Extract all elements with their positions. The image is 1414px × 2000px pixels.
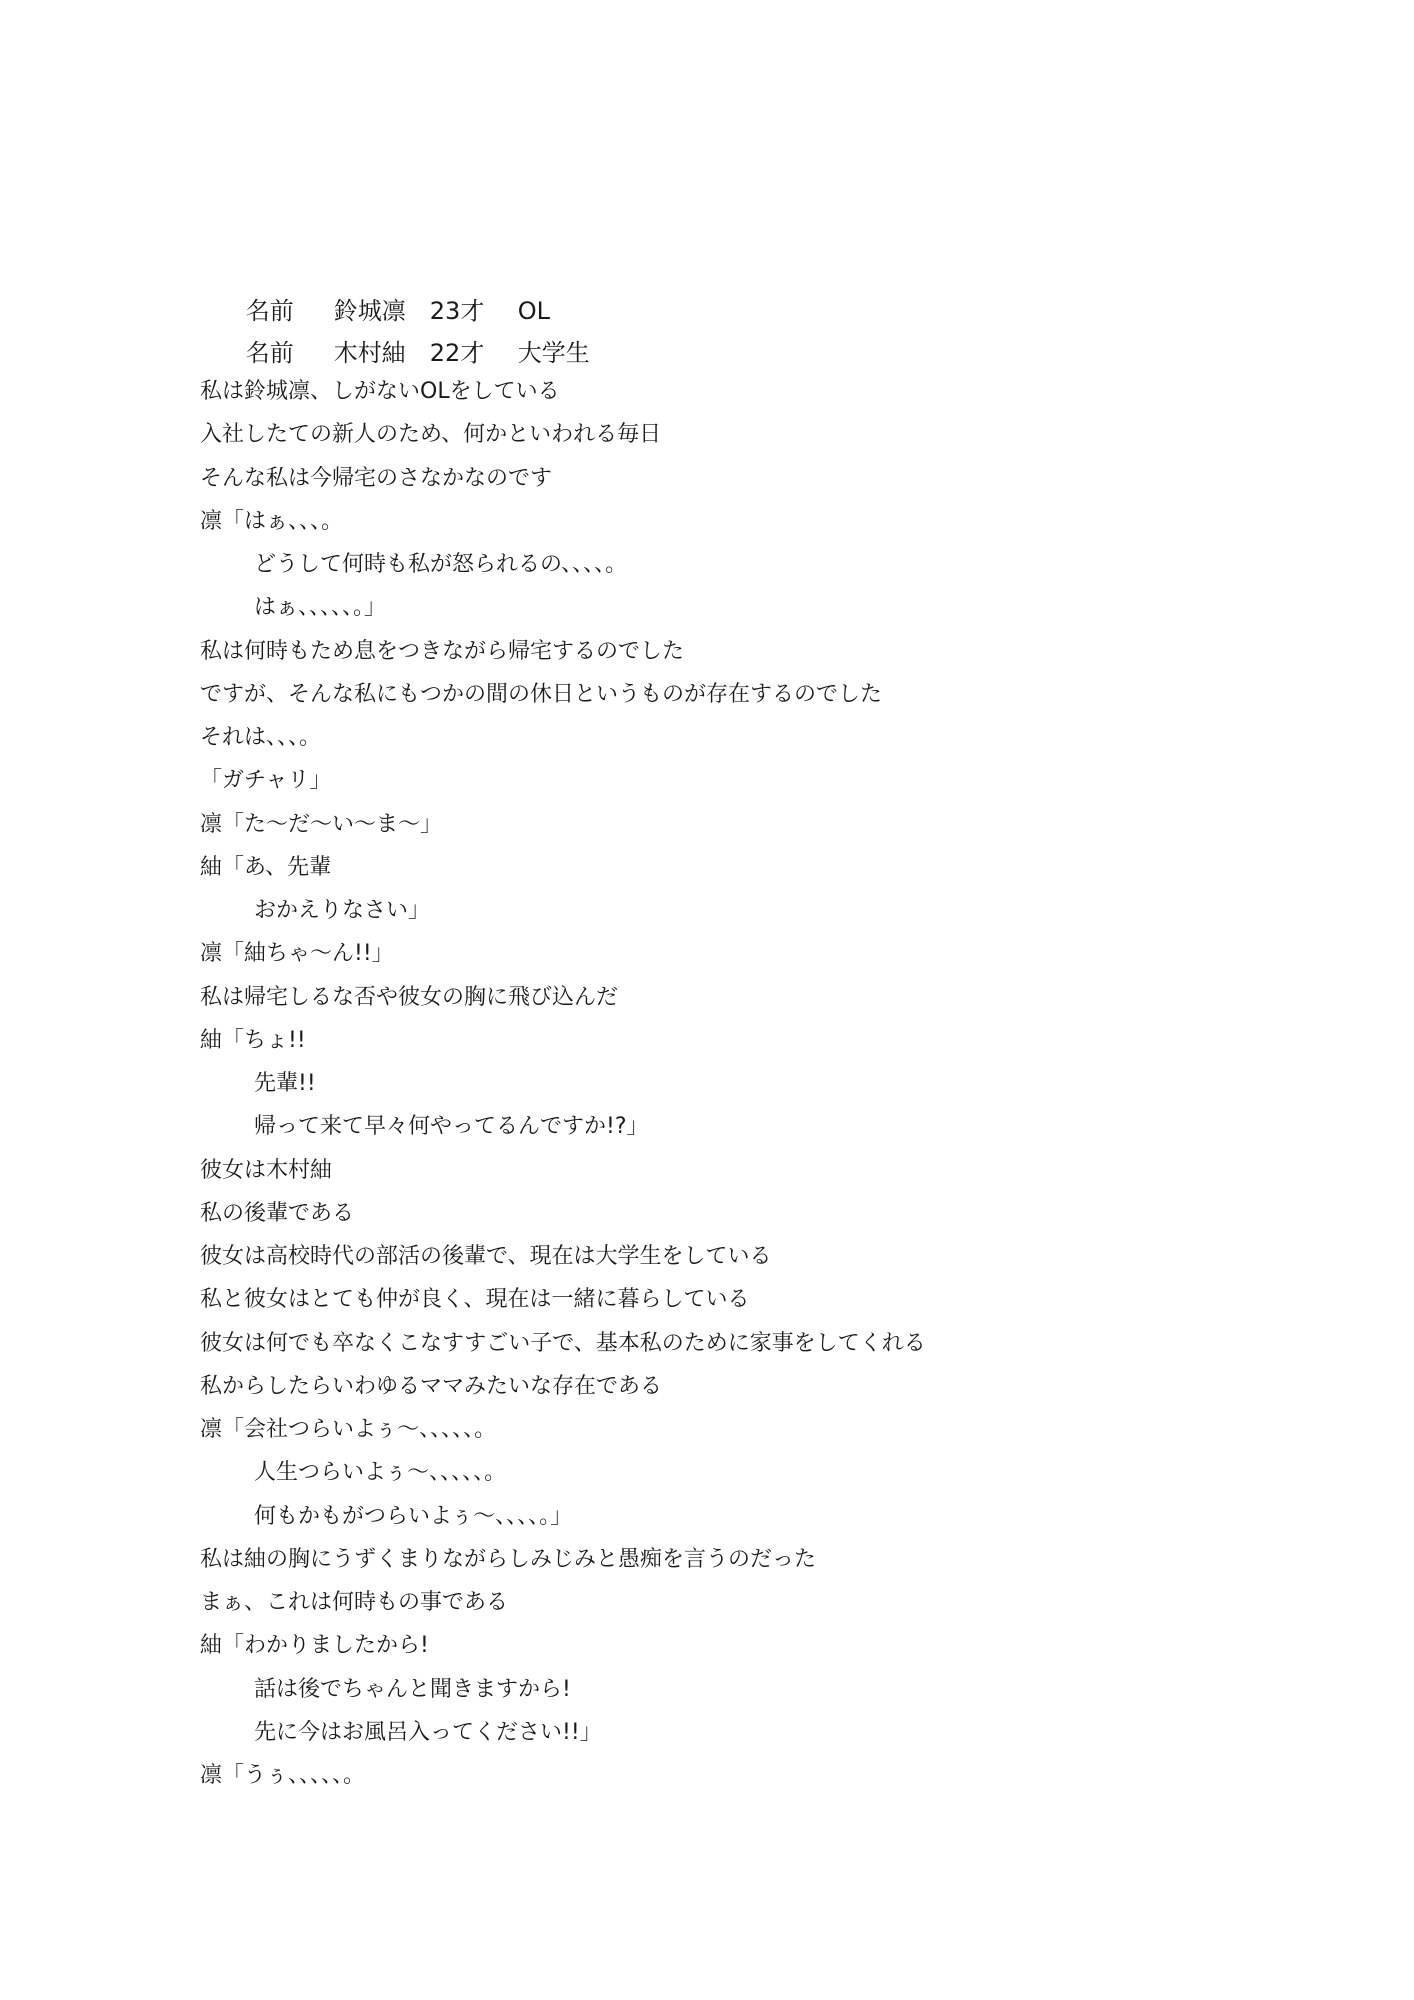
name-label: 名前: [246, 290, 334, 332]
text-line: 私の後輩である: [200, 1192, 926, 1235]
document-page: 名前鈴城凛23才OL 名前木村紬22才大学生 私は鈴城凛、しがないOLをしている…: [0, 0, 1414, 2000]
dialogue-continuation-line: 先輩!!: [200, 1062, 926, 1105]
text-line: 彼女は高校時代の部活の後輩で、現在は大学生をしている: [200, 1235, 926, 1278]
dialogue-continuation-line: 話は後でちゃんと聞きますから!: [200, 1668, 926, 1711]
text-line: 彼女は何でも卒なくこなすすごい子で、基本私のために家事をしてくれる: [200, 1322, 926, 1365]
text-line: 私は何時もため息をつきながら帰宅するのでした: [200, 630, 926, 673]
text-line: 「ガチャリ」: [200, 759, 926, 802]
character-list: 名前鈴城凛23才OL 名前木村紬22才大学生: [200, 248, 590, 332]
dialogue-continuation-line: 先に今はお風呂入ってください!!」: [200, 1711, 926, 1754]
text-line: 凛「た～だ～い～ま～」: [200, 803, 926, 846]
text-line: そんな私は今帰宅のさなかなのです: [200, 457, 926, 500]
text-line: 紬「あ、先輩: [200, 846, 926, 889]
text-line: 凛「はぁ、、、。: [200, 500, 926, 543]
text-line: まぁ、これは何時もの事である: [200, 1581, 926, 1624]
character-role: OL: [518, 290, 550, 332]
text-line: 私は鈴城凛、しがないOLをしている: [200, 370, 926, 413]
dialogue-continuation-line: 人生つらいよぅ～、、、、、。: [200, 1451, 926, 1494]
text-line: 紬「わかりましたから!: [200, 1624, 926, 1667]
dialogue-continuation-line: おかえりなさい」: [200, 889, 926, 932]
character-age: 23才: [430, 290, 518, 332]
character-name: 鈴城凛: [334, 290, 430, 332]
character-entry: 名前鈴城凛23才OL: [200, 248, 590, 290]
text-line: 私は紬の胸にうずくまりながらしみじみと愚痴を言うのだった: [200, 1538, 926, 1581]
character-role: 大学生: [518, 332, 590, 374]
text-line: 紬「ちょ!!: [200, 1019, 926, 1062]
text-line: 凛「会社つらいよぅ～、、、、、。: [200, 1408, 926, 1451]
dialogue-continuation-line: 何もかもがつらいよぅ～、、、、。」: [200, 1495, 926, 1538]
name-label: 名前: [246, 332, 334, 374]
text-line: 凛「紬ちゃ～ん!!」: [200, 932, 926, 975]
story-body: 私は鈴城凛、しがないOLをしている入社したての新人のため、何かといわれる毎日そん…: [200, 370, 926, 1797]
text-line: それは、、、。: [200, 716, 926, 759]
text-line: 私と彼女はとても仲が良く、現在は一緒に暮らしている: [200, 1278, 926, 1321]
dialogue-continuation-line: 帰って来て早々何やってるんですか!?」: [200, 1105, 926, 1148]
text-line: 私は帰宅しるな否や彼女の胸に飛び込んだ: [200, 976, 926, 1019]
text-line: 私からしたらいわゆるママみたいな存在である: [200, 1365, 926, 1408]
character-age: 22才: [430, 332, 518, 374]
text-line: ですが、そんな私にもつかの間の休日というものが存在するのでした: [200, 673, 926, 716]
character-name: 木村紬: [334, 332, 430, 374]
text-line: 入社したての新人のため、何かといわれる毎日: [200, 413, 926, 456]
dialogue-continuation-line: はぁ、、、、、。」: [200, 586, 926, 629]
text-line: 彼女は木村紬: [200, 1149, 926, 1192]
text-line: 凛「うぅ、、、、、。: [200, 1754, 926, 1797]
dialogue-continuation-line: どうして何時も私が怒られるの、、、、。: [200, 543, 926, 586]
